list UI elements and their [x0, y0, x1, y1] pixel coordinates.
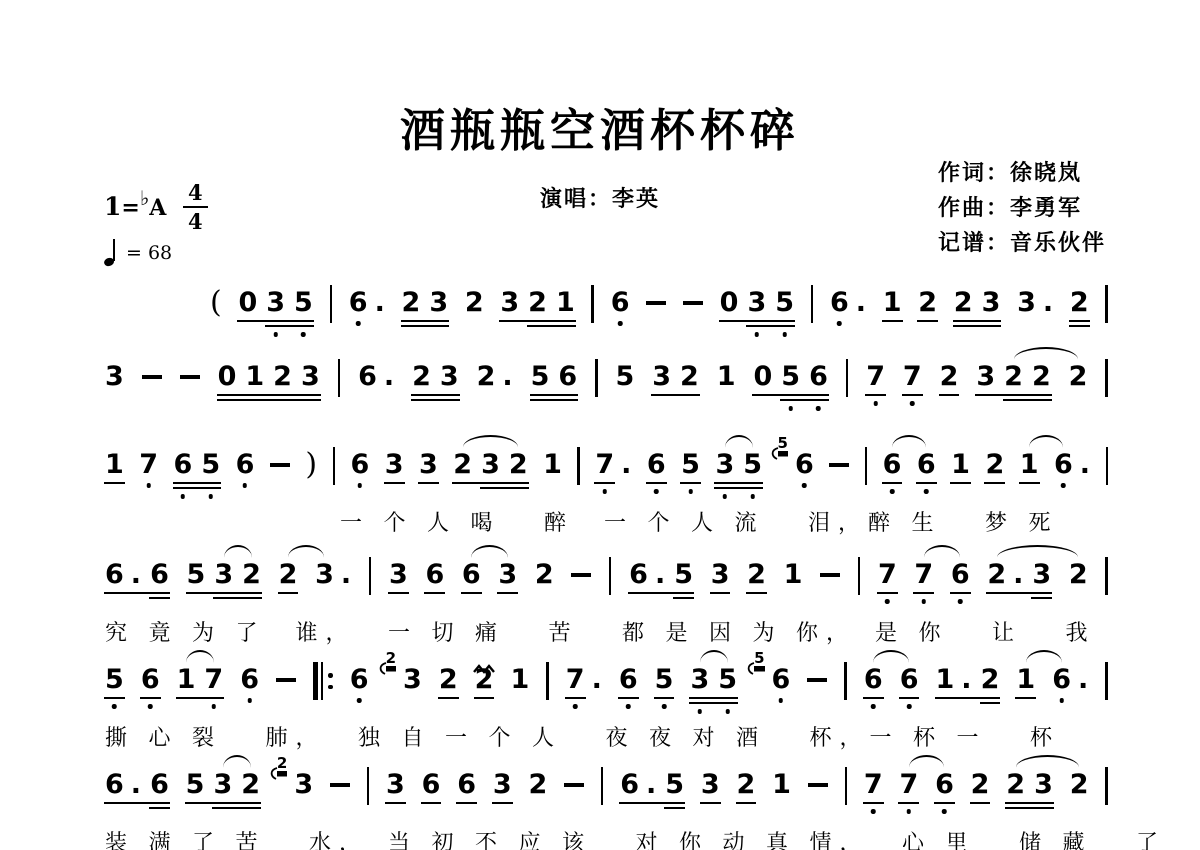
note-group: [546, 665, 549, 700]
rest: 0: [720, 288, 739, 318]
note-digit: 6: [620, 770, 639, 800]
note: 3: [1034, 770, 1053, 800]
note: 1: [543, 450, 562, 480]
note-group: [646, 288, 666, 318]
note-digit: 3: [701, 770, 720, 800]
note: 1: [717, 362, 736, 392]
grace-note: 2: [386, 651, 396, 666]
augmentation-dot: .: [592, 665, 602, 695]
note: 3: [419, 450, 438, 480]
beam: [619, 802, 685, 804]
beam: [149, 597, 170, 599]
octave-dot: [662, 704, 667, 709]
note-digit: 6: [350, 665, 369, 695]
note-group: 6: [647, 450, 666, 480]
note-digit: 5: [743, 450, 762, 480]
note-digit: 2: [1032, 362, 1051, 392]
note-group: 3.: [1017, 288, 1053, 318]
beam: [213, 597, 262, 599]
note-digit: 6: [900, 665, 919, 695]
note: 3: [389, 560, 408, 590]
beam: [752, 394, 828, 396]
key-equals: =: [121, 195, 139, 221]
note: 5: [186, 770, 205, 800]
note-digit: 3: [301, 362, 320, 392]
note-group: 7: [878, 560, 897, 590]
octave-dot: [356, 321, 361, 326]
note-digit: 3: [429, 288, 448, 318]
note-digit: 3: [1034, 770, 1053, 800]
octave-dot: [243, 483, 248, 488]
note: 2: [279, 560, 298, 590]
beam: [1031, 597, 1052, 599]
parenthesis: ): [305, 450, 317, 480]
duration-dash: [564, 770, 584, 800]
note: 6.: [105, 560, 141, 590]
note-group: [564, 770, 584, 800]
note-group: [270, 450, 290, 480]
beam: [424, 592, 445, 594]
note-group: 7: [914, 560, 933, 590]
barline: [846, 359, 849, 397]
note: 6: [236, 450, 255, 480]
note-group: 1: [883, 288, 902, 318]
note-digit: 2: [477, 362, 496, 392]
barline: [845, 767, 848, 805]
note: 2: [535, 560, 554, 590]
note-group: 6: [462, 560, 481, 590]
rest: 0: [238, 288, 257, 318]
octave-dot: [247, 698, 252, 703]
note: 6: [558, 362, 577, 392]
note: 5: [718, 665, 737, 695]
note: 6.: [1054, 450, 1090, 480]
note: 7: [903, 362, 922, 392]
beam: [212, 807, 261, 809]
note-group: 035: [238, 288, 312, 318]
duration-dash-bar: [807, 678, 827, 682]
note: 6.: [830, 288, 866, 318]
note: 2: [509, 450, 528, 480]
note: 6: [809, 362, 828, 392]
note-group: 56: [754, 665, 790, 695]
beam: [975, 394, 1051, 396]
note-group: [591, 288, 594, 323]
note: 2: [1004, 362, 1023, 392]
note: 2.: [477, 362, 513, 392]
note: 6: [141, 665, 160, 695]
note: 6: [240, 665, 259, 695]
note-digit: 5: [718, 665, 737, 695]
note-group: 2.3: [987, 560, 1051, 590]
barline: [865, 447, 868, 485]
note-group: 17: [177, 665, 224, 695]
beam: [480, 487, 529, 489]
note-digit: 5: [674, 560, 693, 590]
slur: [463, 435, 519, 450]
note-group: 3: [385, 450, 404, 480]
octave-dot: [688, 489, 693, 494]
note: 5: [681, 450, 700, 480]
note-digit: 1: [936, 665, 955, 695]
note: 2: [273, 362, 292, 392]
note: 3: [301, 362, 320, 392]
music-system: (0356.23232160356.12233.2: [210, 288, 1108, 336]
note-digit: 2: [439, 665, 458, 695]
barline: [1106, 447, 1109, 485]
note-group: [846, 362, 849, 397]
octave-dot: [802, 483, 807, 488]
note-digit: 6: [349, 288, 368, 318]
note: 1: [951, 450, 970, 480]
note-digit: 6: [236, 450, 255, 480]
note: 5: [187, 560, 206, 590]
note-digit: 3: [403, 665, 422, 695]
beam: [401, 320, 450, 322]
duration-dash-bar: [808, 783, 828, 787]
beam: [499, 320, 575, 322]
note-digit: 3: [652, 362, 671, 392]
octave-dot: [924, 489, 929, 494]
repeat-dots: [328, 662, 333, 700]
note-digit: 5: [187, 560, 206, 590]
note-group: [369, 560, 372, 595]
beam: [384, 482, 405, 484]
music-line: 301236.232.5653210567723222: [105, 362, 1108, 410]
grace-slur-icon: [745, 662, 755, 678]
slur: [1026, 650, 1062, 665]
note: 2: [1069, 560, 1088, 590]
octave-dot: [750, 494, 755, 499]
beam: [1069, 325, 1090, 327]
note: 5: [781, 362, 800, 392]
note-digit: 6: [935, 770, 954, 800]
beam: [421, 802, 442, 804]
octave-dot: [922, 599, 927, 604]
note-digit: 5: [775, 288, 794, 318]
note-group: 6.: [1052, 665, 1088, 695]
beam: [104, 482, 125, 484]
note-group: [844, 665, 847, 700]
note-group: 23: [402, 288, 449, 318]
note: 1: [883, 288, 902, 318]
beam: [530, 399, 579, 401]
note: 1: [510, 665, 529, 695]
note-digit: 3: [213, 770, 232, 800]
beam: [1005, 802, 1054, 804]
beam: [530, 394, 579, 396]
beam: [651, 394, 700, 396]
note-digit: 7: [903, 362, 922, 392]
note-group: 65: [174, 450, 221, 480]
note-group: 6: [883, 450, 902, 480]
note-group: 3: [498, 560, 517, 590]
note: 6: [619, 665, 638, 695]
note: 6.: [105, 770, 141, 800]
note-group: [595, 362, 598, 397]
duration-dash-bar: [646, 301, 666, 305]
beam: [388, 592, 409, 594]
augmentation-dot: .: [655, 560, 665, 590]
note: 5: [616, 362, 635, 392]
beam: [714, 482, 763, 484]
octave-dot: [273, 332, 278, 337]
note-group: 5: [681, 450, 700, 480]
note: 2: [528, 288, 547, 318]
note-group: 532: [186, 770, 260, 800]
note: 5: [531, 362, 550, 392]
note: 1: [772, 770, 791, 800]
note-group: 7: [899, 770, 918, 800]
note-group: 1: [1016, 665, 1035, 695]
note-group: 6.: [358, 362, 394, 392]
note-group: 3: [711, 560, 730, 590]
duration-dash-bar: [564, 783, 584, 787]
beam: [527, 325, 576, 327]
note-digit: 2: [528, 770, 547, 800]
tempo-value: = 68: [126, 242, 172, 265]
note: 2: [985, 450, 1004, 480]
note-digit: 2: [1070, 770, 1089, 800]
note: 6: [457, 770, 476, 800]
note-digit: 2: [985, 450, 1004, 480]
grace-note: 2: [277, 756, 287, 771]
octave-dot: [907, 809, 912, 814]
slur: [997, 545, 1079, 560]
note-group: [338, 362, 341, 397]
note-group: 1: [951, 450, 970, 480]
duration-dash: [276, 665, 296, 695]
note: 6: [422, 770, 441, 800]
note-digit: 7: [139, 450, 158, 480]
note-digit: 0: [753, 362, 772, 392]
note-digit: 2: [465, 288, 484, 318]
note: 2: [1006, 770, 1025, 800]
note-group: 2: [1070, 770, 1089, 800]
octave-dot: [788, 406, 793, 411]
beam: [646, 482, 667, 484]
grace-note: 5: [778, 436, 788, 451]
beam: [456, 802, 477, 804]
octave-dot: [626, 704, 631, 709]
note-group: 232: [453, 450, 527, 480]
beam: [714, 487, 763, 489]
note-group: [609, 560, 612, 595]
duration-dash: [808, 770, 828, 800]
note-digit: 6: [457, 770, 476, 800]
slur: [223, 755, 251, 770]
note-group: 3: [389, 560, 408, 590]
note: 3: [690, 665, 709, 695]
note: 6: [611, 288, 630, 318]
note-group: 6.: [349, 288, 385, 318]
note: 3: [440, 362, 459, 392]
duration-dash: [270, 450, 290, 480]
note-group: 23: [412, 362, 459, 392]
note-group: [601, 770, 604, 805]
note-digit: 5: [616, 362, 635, 392]
note-group: 7: [866, 362, 885, 392]
beam: [664, 807, 685, 809]
note-digit: 6: [150, 560, 169, 590]
note-group: 7.: [595, 450, 631, 480]
music-line: (0356.23232160356.12233.2: [210, 288, 1108, 336]
beam: [863, 697, 884, 699]
octave-dot: [301, 332, 306, 337]
note: 7: [878, 560, 897, 590]
slur: [873, 650, 909, 665]
augmentation-dot: .: [131, 560, 141, 590]
note-group: 2: [475, 665, 494, 695]
note: 7.: [566, 665, 602, 695]
note-group: 6.6: [105, 770, 169, 800]
barline: [333, 447, 336, 485]
note-digit: 2: [279, 560, 298, 590]
note-group: 3.: [315, 560, 351, 590]
augmentation-dot: .: [1078, 665, 1088, 695]
note: 1.: [936, 665, 972, 695]
note-digit: 2: [535, 560, 554, 590]
note-group: 6.5: [620, 770, 684, 800]
augmentation-dot: .: [384, 362, 394, 392]
note-digit: 5: [655, 665, 674, 695]
note-group: 6: [425, 560, 444, 590]
beam: [934, 802, 955, 804]
note: 7: [914, 560, 933, 590]
note-group: 23: [1006, 770, 1053, 800]
note-digit: 7: [864, 770, 883, 800]
note-digit: 7: [566, 665, 585, 695]
note-digit: 5: [294, 288, 313, 318]
note-group: 23: [386, 665, 422, 695]
note-digit: 7: [914, 560, 933, 590]
note-digit: 6: [358, 362, 377, 392]
note-group: 3: [419, 450, 438, 480]
grace-slur-icon: [377, 662, 387, 678]
note-digit: 0: [218, 362, 237, 392]
barline: [1105, 359, 1108, 397]
note: 2: [453, 450, 472, 480]
note-group: 6: [917, 450, 936, 480]
duration-dash-bar: [571, 573, 591, 577]
octave-dot: [782, 332, 787, 337]
note-group: 3: [105, 362, 124, 392]
note: 3: [429, 288, 448, 318]
note-group: 6: [350, 665, 369, 695]
beam: [680, 482, 701, 484]
note-digit: 2: [1070, 288, 1089, 318]
note-digit: 6: [951, 560, 970, 590]
note: 2: [1070, 770, 1089, 800]
note-digit: 2: [737, 770, 756, 800]
beam: [970, 802, 991, 804]
note-group: 6: [864, 665, 883, 695]
note: 5: [674, 560, 693, 590]
note-group: ): [305, 450, 317, 480]
note: 2: [1032, 362, 1051, 392]
note-group: 3: [386, 770, 405, 800]
grace-slur-icon: [268, 767, 278, 783]
note-digit: 2: [241, 770, 260, 800]
augmentation-dot: .: [646, 770, 656, 800]
duration-dash: [820, 560, 840, 590]
note: 5: [294, 288, 313, 318]
duration-dash-bar: [180, 375, 200, 379]
song-title: 酒瓶瓶空酒杯杯碎: [0, 94, 1200, 159]
note: 6: [883, 450, 902, 480]
note-group: 7: [864, 770, 883, 800]
octave-dot: [958, 599, 963, 604]
note-group: 7.: [566, 665, 602, 695]
note-group: 2.: [477, 362, 513, 392]
repeat-dot: [328, 685, 333, 690]
note: 6: [772, 665, 791, 695]
note-group: 2: [535, 560, 554, 590]
beam: [385, 802, 406, 804]
note-digit: 1: [1020, 450, 1039, 480]
note-group: 6.: [830, 288, 866, 318]
lyricist-credit: 作词：徐晓岚: [938, 155, 1106, 190]
slur: [471, 545, 507, 560]
beam: [492, 802, 513, 804]
note: 3: [711, 560, 730, 590]
grace-note-digit: 5: [754, 651, 764, 666]
note-group: 6.6: [105, 560, 169, 590]
note-group: 0123: [218, 362, 320, 392]
slur: [288, 545, 324, 560]
note: 2: [1070, 288, 1089, 318]
barline: [546, 662, 549, 700]
note: 3: [385, 450, 404, 480]
note-group: [829, 450, 849, 480]
duration-dash-bar: [330, 783, 350, 787]
note: 1: [556, 288, 575, 318]
note: 6: [350, 450, 369, 480]
note-group: 1.2: [936, 665, 1000, 695]
note-group: 56: [531, 362, 578, 392]
augmentation-dot: .: [502, 362, 512, 392]
octave-dot: [208, 494, 213, 499]
note-digit: 6: [619, 665, 638, 695]
note-digit: 3: [294, 770, 313, 800]
beam: [1005, 807, 1054, 809]
beam: [913, 592, 934, 594]
barline: [1105, 557, 1108, 595]
note-digit: 2: [1069, 560, 1088, 590]
note-digit: 1: [951, 450, 970, 480]
note-group: 3: [701, 770, 720, 800]
octave-dot: [885, 599, 890, 604]
beam: [746, 592, 767, 594]
beam: [461, 592, 482, 594]
time-signature-numerator: 4: [183, 180, 208, 208]
quarter-note-icon: [104, 238, 118, 265]
note-group: 2: [747, 560, 766, 590]
slur: [924, 545, 960, 560]
note-digit: 6: [462, 560, 481, 590]
note: 2: [737, 770, 756, 800]
note: 5: [655, 665, 674, 695]
note: 3: [652, 362, 671, 392]
beam: [628, 592, 694, 594]
slur: [892, 435, 926, 450]
note-group: 6: [935, 770, 954, 800]
repeat-thick-bar: [313, 662, 318, 700]
duration-dash-bar: [270, 463, 290, 467]
note-digit: 3: [976, 362, 995, 392]
note-digit: 6: [883, 450, 902, 480]
composer-credit: 作曲：李勇军: [938, 190, 1106, 225]
